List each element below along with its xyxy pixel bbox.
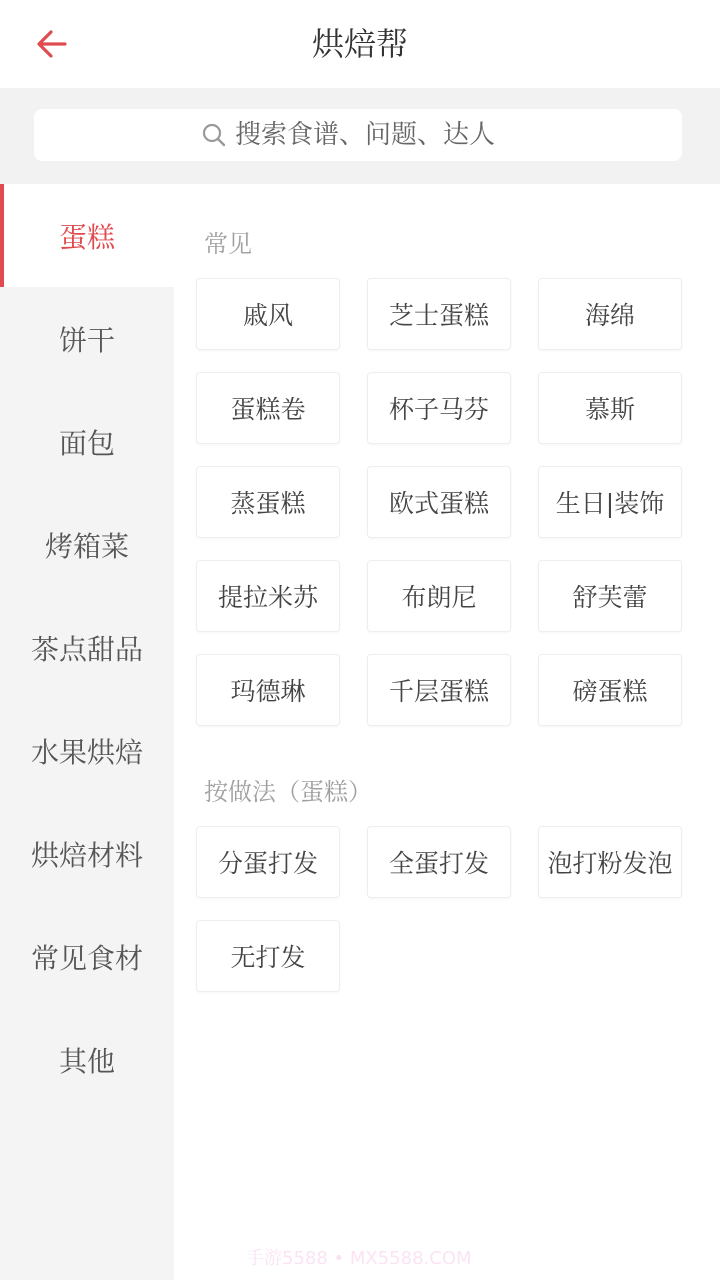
sidebar-item-baking-materials[interactable]: 烘焙材料 bbox=[0, 802, 174, 905]
sidebar-item-label: 蛋糕 bbox=[59, 216, 115, 256]
sidebar-item-other[interactable]: 其他 bbox=[0, 1008, 174, 1111]
watermark-text: 手游5588 • MX5588.COM bbox=[246, 1244, 472, 1270]
tag-button[interactable]: 提拉米苏 bbox=[196, 560, 340, 632]
tag-button[interactable]: 千层蛋糕 bbox=[367, 654, 511, 726]
tag-button[interactable]: 布朗尼 bbox=[367, 560, 511, 632]
tag-button[interactable]: 戚风 bbox=[196, 278, 340, 350]
tag-button[interactable]: 玛德琳 bbox=[196, 654, 340, 726]
sidebar-item-fruit-baking[interactable]: 水果烘焙 bbox=[0, 699, 174, 802]
category-content: 常见 戚风 芝士蛋糕 海绵 蛋糕卷 杯子马芬 慕斯 蒸蛋糕 欧式蛋糕 生日|装饰… bbox=[174, 184, 720, 1280]
tag-button[interactable]: 分蛋打发 bbox=[196, 826, 340, 898]
tag-button[interactable]: 舒芙蕾 bbox=[538, 560, 682, 632]
tag-button[interactable]: 蛋糕卷 bbox=[196, 372, 340, 444]
sidebar-item-label: 烘焙材料 bbox=[31, 834, 143, 874]
sidebar-item-label: 茶点甜品 bbox=[31, 628, 143, 668]
sidebar-item-label: 面包 bbox=[59, 422, 115, 462]
search-bar-container bbox=[0, 88, 720, 184]
tag-button[interactable]: 磅蛋糕 bbox=[538, 654, 682, 726]
sidebar-item-label: 常见食材 bbox=[31, 937, 143, 977]
tag-button[interactable]: 蒸蛋糕 bbox=[196, 466, 340, 538]
page-title: 烘焙帮 bbox=[0, 0, 720, 88]
tag-grid-common: 戚风 芝士蛋糕 海绵 蛋糕卷 杯子马芬 慕斯 蒸蛋糕 欧式蛋糕 生日|装饰 提拉… bbox=[174, 278, 682, 726]
sidebar-item-oven-dishes[interactable]: 烤箱菜 bbox=[0, 493, 174, 596]
sidebar-item-cookies[interactable]: 饼干 bbox=[0, 287, 174, 390]
sidebar-item-cake[interactable]: 蛋糕 bbox=[0, 184, 174, 287]
sidebar-item-desserts[interactable]: 茶点甜品 bbox=[0, 596, 174, 699]
sidebar-item-label: 其他 bbox=[59, 1040, 115, 1080]
search-icon bbox=[201, 122, 227, 148]
category-sidebar: 蛋糕 饼干 面包 烤箱菜 茶点甜品 水果烘焙 烘焙材料 常见食材 其他 bbox=[0, 184, 174, 1280]
sidebar-item-label: 水果烘焙 bbox=[31, 731, 143, 771]
sidebar-item-bread[interactable]: 面包 bbox=[0, 390, 174, 493]
section-title-common: 常见 bbox=[174, 224, 252, 259]
search-input[interactable] bbox=[235, 120, 515, 150]
tag-button[interactable]: 无打发 bbox=[196, 920, 340, 992]
tag-button[interactable]: 泡打粉发泡 bbox=[538, 826, 682, 898]
top-nav-bar: 烘焙帮 bbox=[0, 0, 720, 88]
sidebar-item-common-ingredients[interactable]: 常见食材 bbox=[0, 905, 174, 1008]
sidebar-item-label: 饼干 bbox=[59, 319, 115, 359]
tag-grid-by-method: 分蛋打发 全蛋打发 泡打粉发泡 无打发 bbox=[174, 826, 682, 992]
section-title-by-method: 按做法（蛋糕） bbox=[174, 772, 372, 807]
tag-button[interactable]: 欧式蛋糕 bbox=[367, 466, 511, 538]
tag-button[interactable]: 芝士蛋糕 bbox=[367, 278, 511, 350]
tag-button[interactable]: 生日|装饰 bbox=[538, 466, 682, 538]
tag-button[interactable]: 全蛋打发 bbox=[367, 826, 511, 898]
tag-button[interactable]: 海绵 bbox=[538, 278, 682, 350]
sidebar-item-label: 烤箱菜 bbox=[45, 525, 129, 565]
tag-button[interactable]: 杯子马芬 bbox=[367, 372, 511, 444]
tag-button[interactable]: 慕斯 bbox=[538, 372, 682, 444]
search-box[interactable] bbox=[34, 109, 682, 161]
